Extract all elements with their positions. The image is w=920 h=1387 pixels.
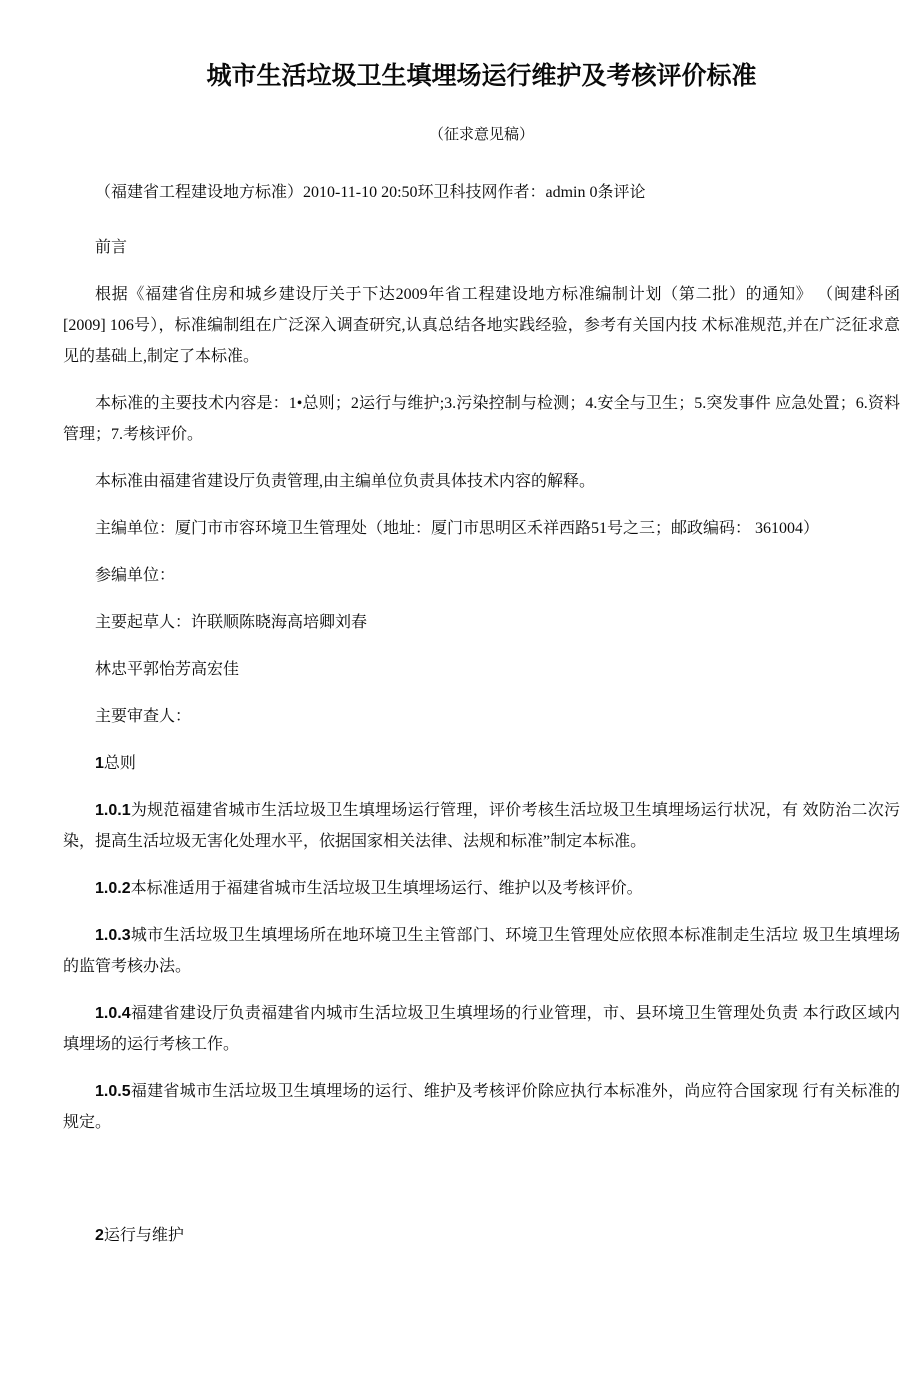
clause-number: 1.0.2: [95, 880, 131, 897]
clause-text: 本标准适用于福建省城市生活垃圾卫生填埋场运行、维护以及考核评价。: [131, 880, 643, 897]
paragraph-text: 本标准的主要技术内容是：1•总则；2运行与维护;3.污染控制与检测；4.安全与卫…: [63, 395, 900, 443]
section-title: 运行与维护: [104, 1227, 184, 1244]
clause-1-0-4: 1.0.4福建省建设厅负责福建省内城市生活垃圾卫生填埋场的行业管理，市、县环境卫…: [63, 998, 900, 1060]
clause-1-0-1: 1.0.1为规范福建省城市生活垃圾卫生填埋场运行管理，评价考核生活垃圾卫生填埋场…: [63, 795, 900, 857]
paragraph-text: 主要审查人：: [95, 708, 191, 725]
paragraph-text: 本标准由福建省建设厅负责管理,由主编单位负责具体技术内容的解释。: [95, 473, 595, 490]
clause-text: 城市生活垃圾卫生填埋场所在地环境卫生主管部门、环境卫生管理处应依照本标准制走生活…: [63, 927, 900, 975]
paragraph-drafters-continued: 林忠平郭怡芳高宏佳: [63, 654, 900, 685]
clause-number: 1.0.1: [95, 802, 131, 819]
section-heading-1: 1总则: [63, 748, 900, 779]
clause-1-0-5: 1.0.5福建省城市生活垃圾卫生填埋场的运行、维护及考核评价除应执行本标准外，尚…: [63, 1076, 900, 1138]
clause-number: 1.0.5: [95, 1083, 131, 1100]
paragraph-text: 林忠平郭怡芳高宏佳: [95, 661, 239, 678]
paragraph-co-editor-unit: 参编单位：: [63, 560, 900, 591]
paragraph-chief-editor-unit: 主编单位：厦门市市容环境卫生管理处（地址：厦门市思明区禾祥西路51号之三；邮政编…: [63, 513, 900, 544]
clause-text: 福建省城市生活垃圾卫生填埋场的运行、维护及考核评价除应执行本标准外，尚应符合国家…: [63, 1083, 900, 1131]
paragraph-contents: 本标准的主要技术内容是：1•总则；2运行与维护;3.污染控制与检测；4.安全与卫…: [63, 388, 900, 450]
section-number: 1: [95, 755, 104, 772]
clause-text: 为规范福建省城市生活垃圾卫生填埋场运行管理，评价考核生活垃圾卫生填埋场运行状况，…: [63, 802, 900, 850]
paragraph-text: 参编单位：: [95, 567, 175, 584]
preface-heading: 前言: [63, 232, 900, 263]
document-page: 城市生活垃圾卫生填埋场运行维护及考核评价标准 （征求意见稿） （福建省工程建设地…: [0, 0, 920, 1387]
clause-1-0-3: 1.0.3城市生活垃圾卫生填埋场所在地环境卫生主管部门、环境卫生管理处应依照本标…: [63, 920, 900, 982]
section-title: 总则: [104, 755, 136, 772]
paragraph-text: 主要起草人：许联顺陈晓海高培卿刘春: [95, 614, 367, 631]
clause-number: 1.0.4: [95, 1005, 131, 1022]
section-heading-2: 2运行与维护: [63, 1220, 900, 1251]
document-subtitle: （征求意见稿）: [63, 120, 900, 151]
section-number: 2: [95, 1227, 104, 1244]
paragraph-main-reviewers: 主要审查人：: [63, 701, 900, 732]
meta-line: （福建省工程建设地方标准）2010-11-10 20:50环卫科技网作者：adm…: [63, 177, 900, 208]
paragraph-text: 主编单位：厦门市市容环境卫生管理处（地址：厦门市思明区禾祥西路51号之三；邮政编…: [95, 520, 819, 537]
paragraph-main-drafters: 主要起草人：许联顺陈晓海高培卿刘春: [63, 607, 900, 638]
paragraph-text: 根据《福建省住房和城乡建设厅关于下达2009年省工程建设地方标准编制计划（第二批…: [63, 286, 900, 365]
paragraph-basis: 根据《福建省住房和城乡建设厅关于下达2009年省工程建设地方标准编制计划（第二批…: [63, 279, 900, 372]
paragraph-text: 前言: [95, 239, 127, 256]
clause-1-0-2: 1.0.2本标准适用于福建省城市生活垃圾卫生填埋场运行、维护以及考核评价。: [63, 873, 900, 904]
document-title: 城市生活垃圾卫生填埋场运行维护及考核评价标准: [63, 60, 900, 94]
clause-text: 福建省建设厅负责福建省内城市生活垃圾卫生填埋场的行业管理，市、县环境卫生管理处负…: [63, 1005, 900, 1053]
paragraph-management: 本标准由福建省建设厅负责管理,由主编单位负责具体技术内容的解释。: [63, 466, 900, 497]
clause-number: 1.0.3: [95, 927, 131, 944]
